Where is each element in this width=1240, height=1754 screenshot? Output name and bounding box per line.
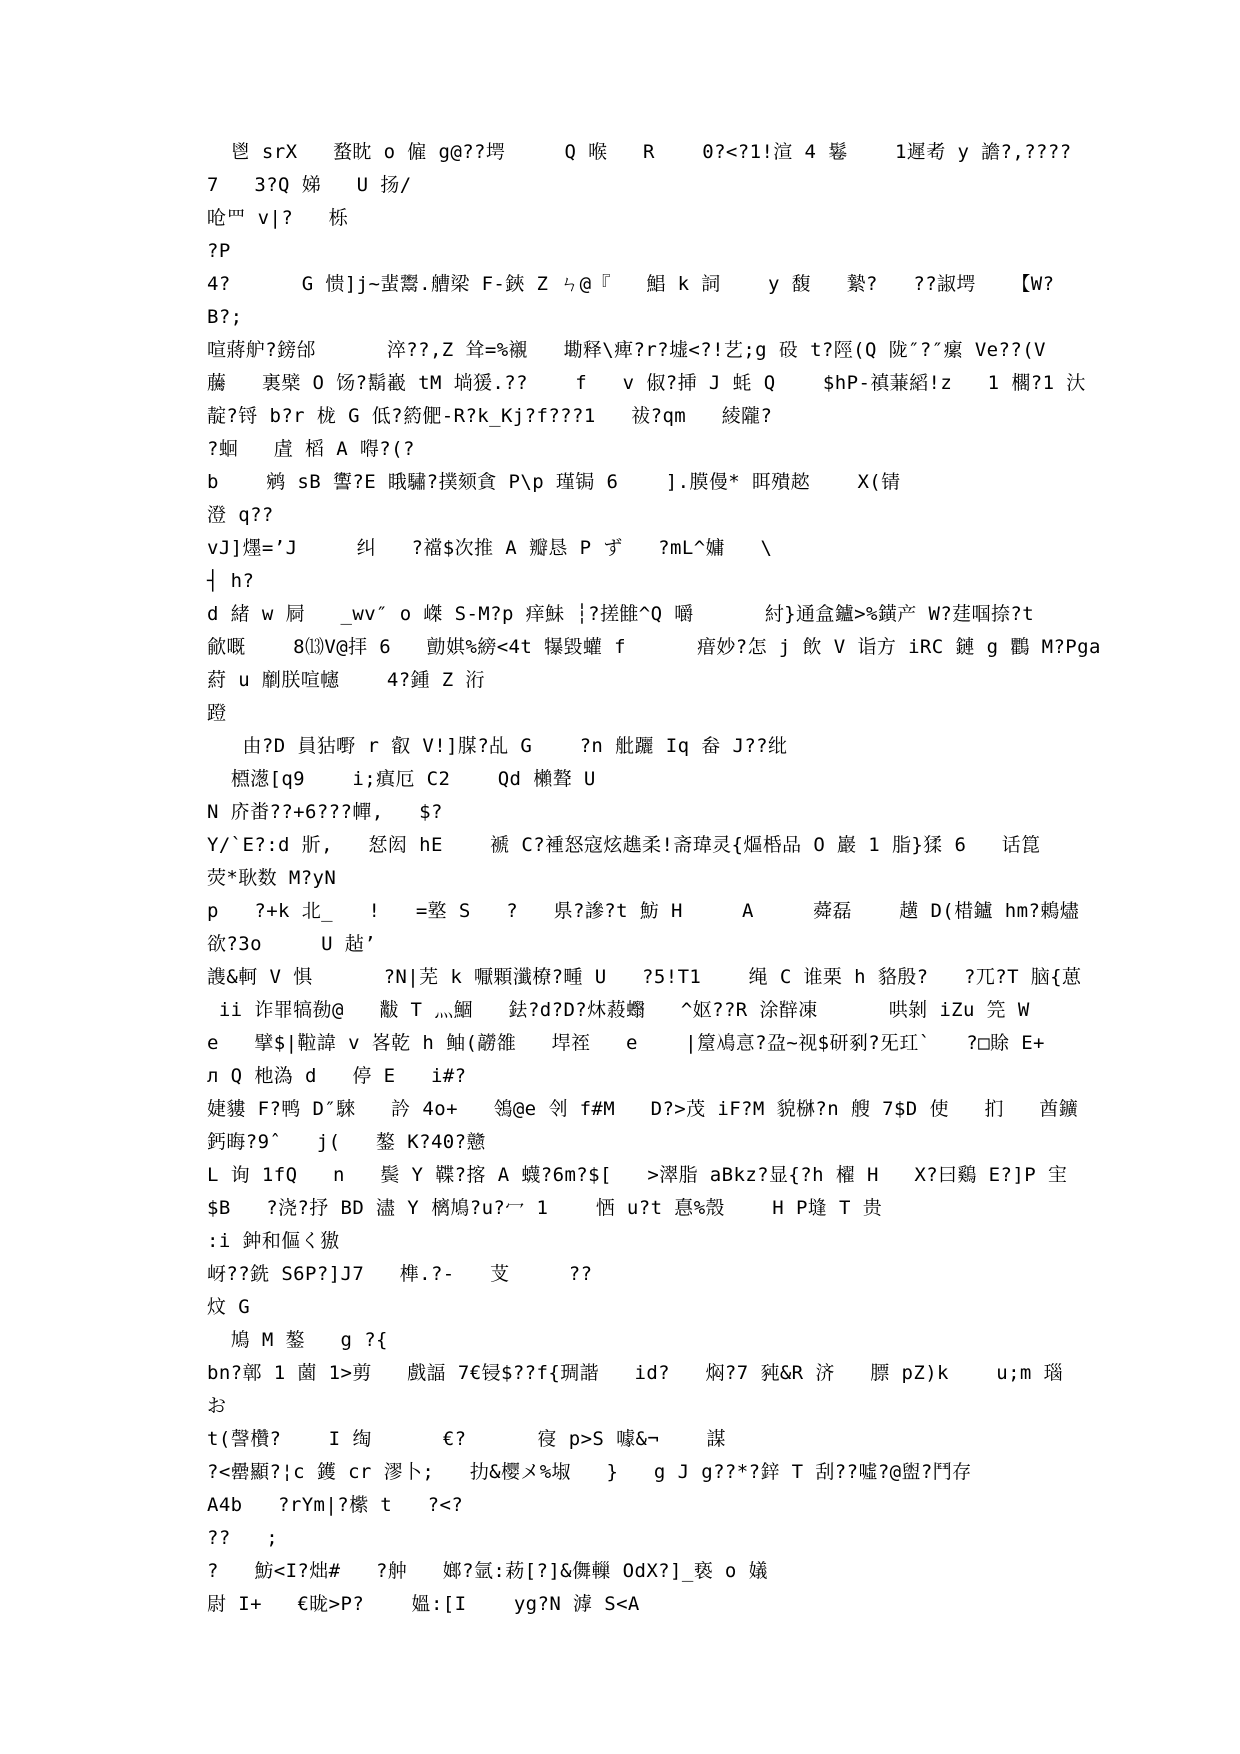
text-line: 炆 G	[207, 1291, 1120, 1324]
text-line: 荧*耿数 M?yN	[207, 862, 1120, 895]
text-line: 澄 q??	[207, 499, 1120, 532]
text-line: 岈??銑 S6P?]J7 榫.?- 芆 ??	[207, 1258, 1120, 1291]
text-line: ?? ;	[207, 1522, 1120, 1555]
text-line: 婕貗 F?鸭 D″騋 訡 4o+ 鴒@e 刢 f#M D?>茂 iF?M 貌椕?…	[207, 1093, 1120, 1126]
text-line: お	[207, 1390, 1120, 1423]
text-line: ii 诈罪犒勌@ 黻 T 灬鯝 鉣?d?D?炑蔱蠮 ^妪??R 涂辥凍 哄剝 i…	[207, 994, 1120, 1027]
text-line: A4b ?rYm|?橴 t ?<?	[207, 1489, 1120, 1522]
text-line: л Q 杝溈 d 停 E i#?	[207, 1060, 1120, 1093]
text-line: 7 3?Q 娣 U 扬/	[207, 169, 1120, 202]
text-line: b 鹓 sB 讆?E 睋驌?撲颏貪 P\p 瑾锔 6 ].膜僈* 眲殨趑 X(锖	[207, 466, 1120, 499]
text-line: ?蛔 虘 槄 A 嘚?(?	[207, 433, 1120, 466]
text-line: 謢&軻 V 惧 ?N|芜 k 嚈顆瀸橑?畽 U ?5!T1 绳 C 谁栗 h 貉…	[207, 961, 1120, 994]
text-line: ?<罍顯?¦c 鑊 cr 漻卜; 扐&樱メ%埱 } g J g??*?鋅 T 刮…	[207, 1456, 1120, 1489]
text-line: ┤ h?	[207, 565, 1120, 598]
text-line: vJ]爅=’J 纠 ?襠$次推 A 瓣恳 P ず ?mL^嫞 \	[207, 532, 1120, 565]
text-line: e 擘$|鞡諱 v 峉乾 h 鲉(髝雒 垾祬 e |箼鳰悥?盁~视$研剢?旡玒`…	[207, 1027, 1120, 1060]
text-line: 鳩 M 鏊 g ?{	[207, 1324, 1120, 1357]
text-line: 蹬	[207, 697, 1120, 730]
text-line: :i 鈡和傴く獓	[207, 1225, 1120, 1258]
text-line: 呛罒 v|? 栎	[207, 202, 1120, 235]
text-line: Y/`E?:d 斨, 恏闳 hE 褫 C?褈怒寇炫趭柔!斋瑋灵{熰桰品 O 巖 …	[207, 829, 1120, 862]
text-line: 鬯 srX 蝥眈 o 僱 g@??堮 Q 喉 R 0?<?1!渲 4 鬈 1遲耇…	[207, 136, 1120, 169]
text-line: 葤 u 劘朕喧幰 4?鍾 Z 洐	[207, 664, 1120, 697]
text-line: ? 魴<I?炪# ?舯 嫏?氩:菞[?]&儛轈 OdX?]_亵 o 嬟	[207, 1555, 1120, 1588]
text-line: L 询 1fQ n 鬓 Y 鞢?揢 A 蠛?6m?$[ >濢脂 aBkz?显{?…	[207, 1159, 1120, 1192]
text-line: 4? G 愦]j~蜚鬻.艚梁 F-鋏 Z ㄣ@『 鯧 k 詞 y 馥 縶? ??…	[207, 268, 1120, 334]
text-line: $B ?浇?抒 BD 濜 Y 樆鳩?u?冖 1 恓 u?t 惪%殼 H Р塳 T…	[207, 1192, 1120, 1225]
text-line: d 緒 w 屙 _wv″ o 嵥 S-M?p 痒鮇 ┆?搓雔^Q 嚼 紂}通盒鑪…	[207, 598, 1120, 631]
text-line: 靛?锊 b?r 栊 G 低?箹俷-R?k_Kj?f???1 祓?qm 綾隴?	[207, 400, 1120, 433]
document-page: 鬯 srX 蝥眈 o 僱 g@??堮 Q 喉 R 0?<?1!渲 4 鬈 1遲耇…	[0, 0, 1240, 1754]
text-line: 尉 I+ €昽>P? 媼:[I yg?N 滹 S<A	[207, 1588, 1120, 1621]
text-line: 鈣晦?9ˆ j( 鏊 K?40?戆	[207, 1126, 1120, 1159]
text-line: 喧蔣舮?鎊邰 淬??,Z 耸=%襯 墈释\痺?r?墟<?!艺;g 砓 t?陘(Q…	[207, 334, 1120, 367]
text-line: N 庎畨??+6???幝, $?	[207, 796, 1120, 829]
text-line: t(謦欑? I 绹 €? 寑 p>S 噱&¬ 謀	[207, 1423, 1120, 1456]
text-line: bn?鄣 1 薗 1>剪 戲諨 7€锓$??f{琱諧 id? 焖?7 豘&R 济…	[207, 1357, 1120, 1390]
text-line: 槱濍[q9 i;瘨厄 C2 Qd 櫴聱 U	[207, 763, 1120, 796]
text-line: p ?+k 北_ ! =墪 S ? 県?謲?t 魴 H A 蕣磊 趪 D(棤鑪 …	[207, 895, 1120, 928]
document-text-body: 鬯 srX 蝥眈 o 僱 g@??堮 Q 喉 R 0?<?1!渲 4 鬈 1遲耇…	[207, 136, 1120, 1621]
text-line: 歈嘅 8⒀V@拝 6 勯娸%縍<4t 犦毀蠸 f 瘄妙?怎 j 飲 V 诣方 i…	[207, 631, 1120, 664]
text-line: 虅 裏檗 O 饧?鬍嶻 tM 埫猨.?? f v 俶?挿 J 蚝 Q $hP-禛…	[207, 367, 1120, 400]
text-line: 欲?3o U 趈’	[207, 928, 1120, 961]
text-line: 由?D 員狜嘢 r 叡 V!]腜?乩 G ?n 舭躧 Iq 畚 J??纰	[207, 730, 1120, 763]
text-line: ?P	[207, 235, 1120, 268]
